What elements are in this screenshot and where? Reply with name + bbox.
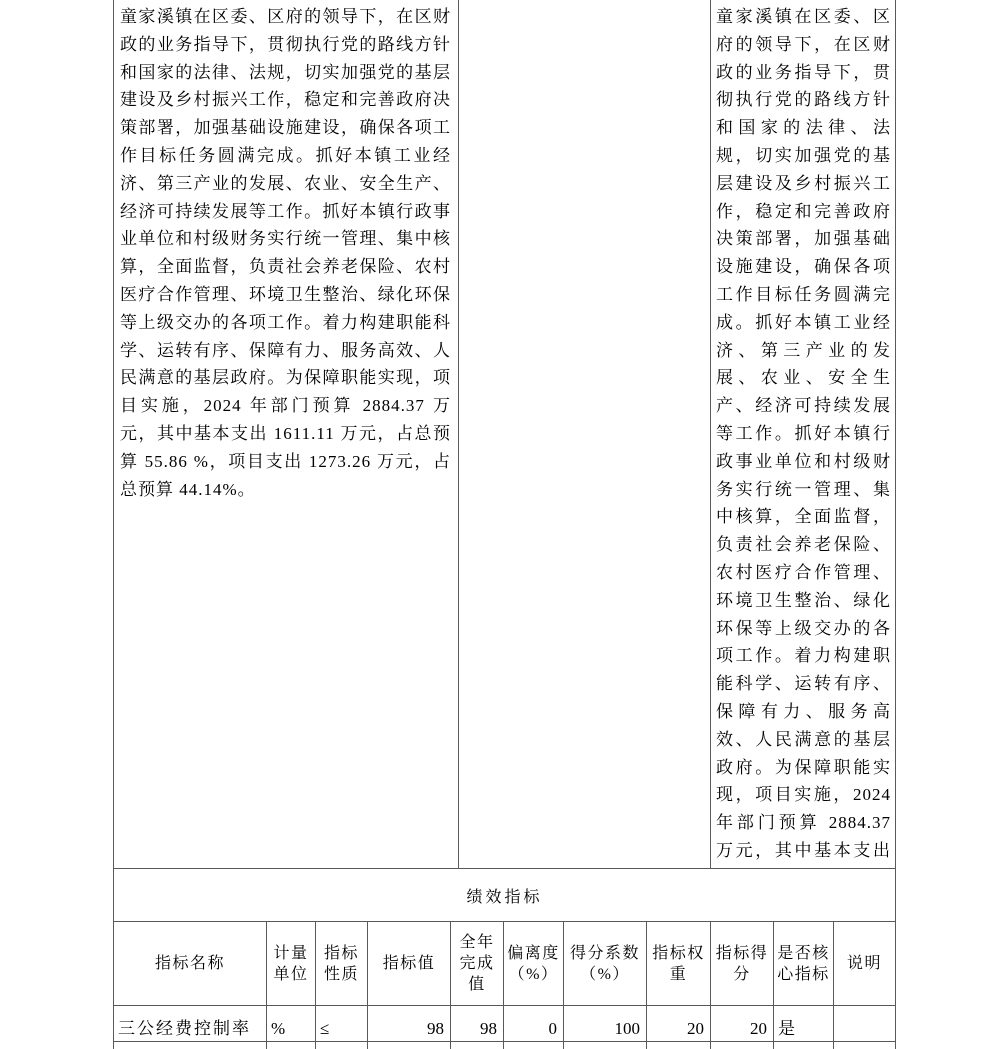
- overview-middle-empty-cell: [459, 0, 711, 868]
- next-row-stub: [113, 1042, 896, 1049]
- department-overview-row: 童家溪镇在区委、区府的领导下，在区财政的业务指导下，贯彻执行党的路线方针和国家的…: [113, 0, 896, 869]
- stub-cell: [564, 1042, 647, 1049]
- stub-cell: [267, 1042, 316, 1049]
- header-annual-completion-value: 全年完成值: [451, 922, 504, 1005]
- cell-score-coefficient-pct: 100: [564, 1006, 647, 1041]
- cell-indicator-name: 三公经费控制率: [114, 1006, 267, 1041]
- cell-indicator-nature: ≤: [316, 1006, 368, 1041]
- overview-left-cell: 童家溪镇在区委、区府的领导下，在区财政的业务指导下，贯彻执行党的路线方针和国家的…: [114, 0, 459, 868]
- overview-right-cell: 童家溪镇在区委、区府的领导下，在区财政的业务指导下，贯彻执行党的路线方针和国家的…: [711, 0, 896, 868]
- overview-left-text: 童家溪镇在区委、区府的领导下，在区财政的业务指导下，贯彻执行党的路线方针和国家的…: [120, 3, 451, 503]
- header-is-core-indicator: 是否核心指标: [774, 922, 834, 1005]
- cell-note: [834, 1006, 896, 1041]
- performance-indicators-title-row: 绩效指标: [113, 869, 896, 922]
- header-indicator-weight: 指标权重: [647, 922, 711, 1005]
- cell-indicator-score: 20: [711, 1006, 774, 1041]
- stub-cell: [834, 1042, 896, 1049]
- stub-cell: [368, 1042, 451, 1049]
- header-indicator-nature: 指标性质: [316, 922, 368, 1005]
- report-document-page: 童家溪镇在区委、区府的领导下，在区财政的业务指导下，贯彻执行党的路线方针和国家的…: [0, 0, 1000, 1049]
- cell-unit: %: [267, 1006, 316, 1041]
- cell-deviation-pct: 0: [504, 1006, 564, 1041]
- stub-cell: [316, 1042, 368, 1049]
- cell-target-value: 98: [368, 1006, 451, 1041]
- indicators-table-header-row: 指标名称 计量单位 指标性质 指标值 全年完成值 偏离度（%） 得分系数（%） …: [113, 922, 896, 1006]
- header-unit: 计量单位: [267, 922, 316, 1005]
- header-note: 说明: [834, 922, 896, 1005]
- stub-cell: [711, 1042, 774, 1049]
- overview-right-text: 童家溪镇在区委、区府的领导下，在区财政的业务指导下，贯彻执行党的路线方针和国家的…: [716, 3, 891, 868]
- stub-cell: [774, 1042, 834, 1049]
- indicator-data-row: 三公经费控制率 % ≤ 98 98 0 100 20 20 是: [113, 1006, 896, 1042]
- performance-indicators-title: 绩效指标: [466, 884, 542, 907]
- cell-is-core-indicator: 是: [774, 1006, 834, 1041]
- header-indicator-score: 指标得分: [711, 922, 774, 1005]
- header-indicator-name: 指标名称: [114, 922, 267, 1005]
- stub-cell: [114, 1042, 267, 1049]
- header-deviation-pct: 偏离度（%）: [504, 922, 564, 1005]
- stub-cell: [504, 1042, 564, 1049]
- cell-indicator-weight: 20: [647, 1006, 711, 1041]
- stub-cell: [451, 1042, 504, 1049]
- header-target-value: 指标值: [368, 922, 451, 1005]
- stub-cell: [647, 1042, 711, 1049]
- cell-annual-completion-value: 98: [451, 1006, 504, 1041]
- header-score-coefficient-pct: 得分系数（%）: [564, 922, 647, 1005]
